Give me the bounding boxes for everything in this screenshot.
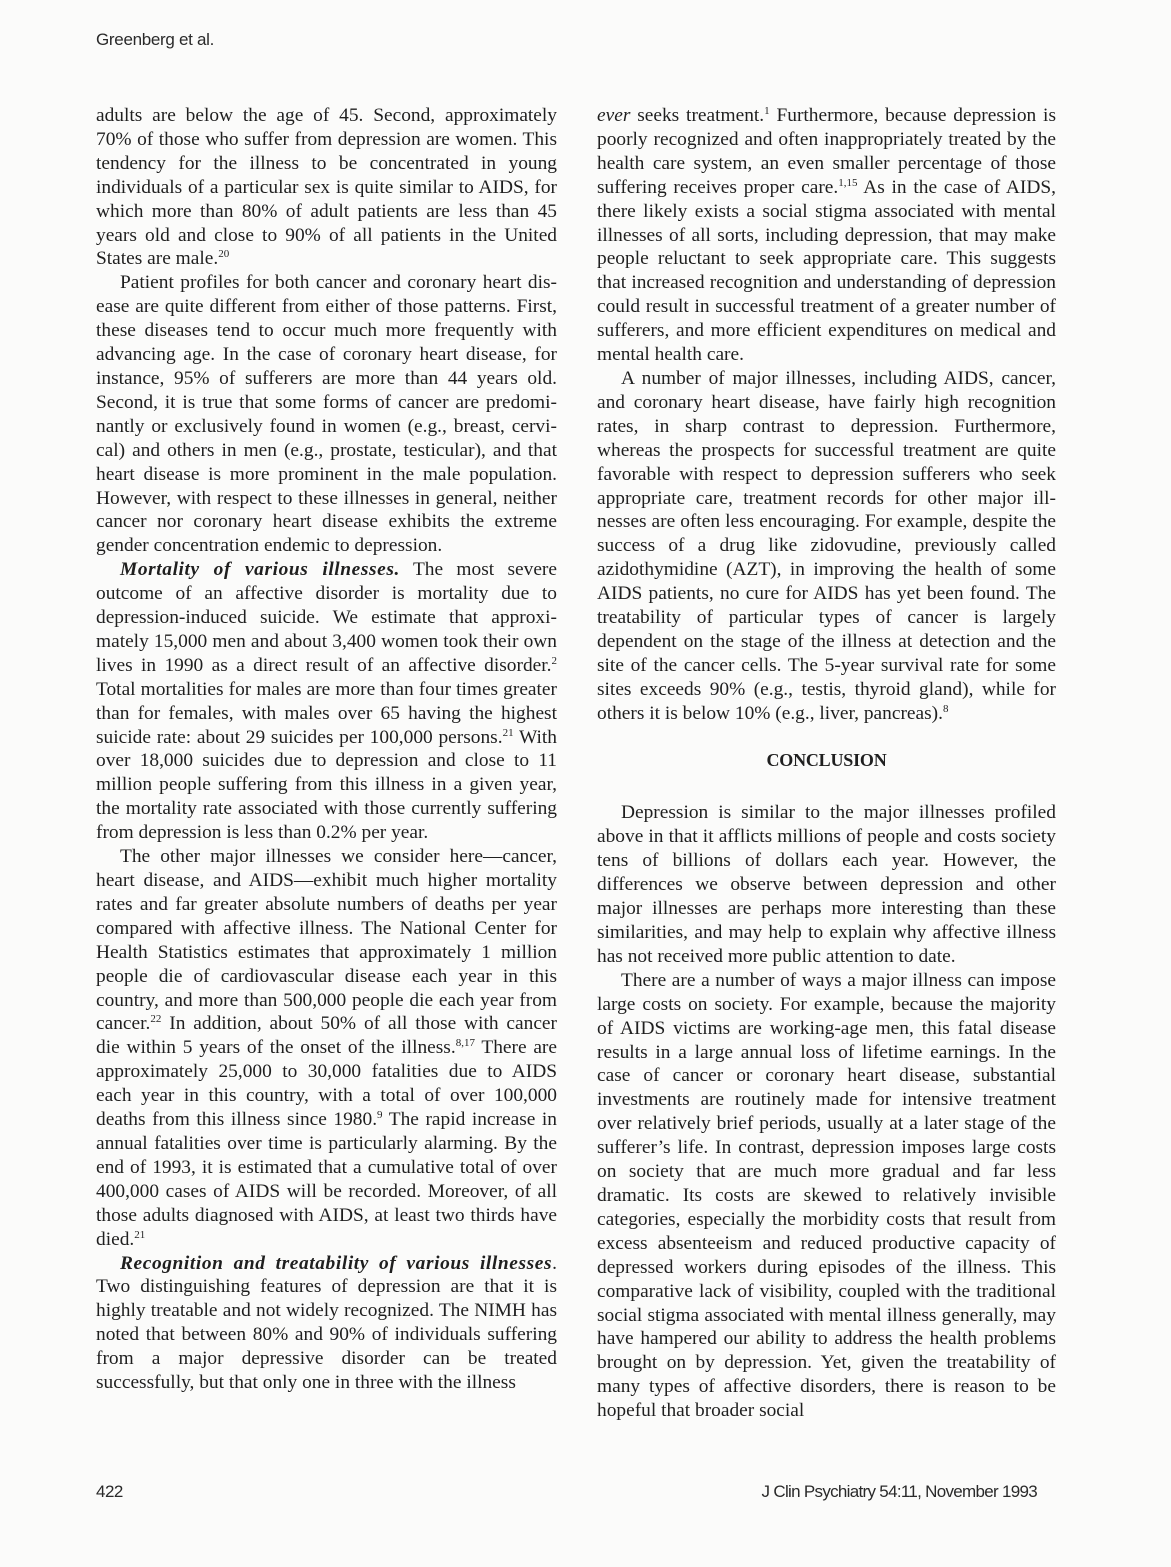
paragraph: A number of major illnesses, including A… xyxy=(597,367,1056,726)
paragraph-text: There are a number of ways a major illne… xyxy=(597,970,1056,1421)
journal-citation: J Clin Psychiatry 54:11, November 1993 xyxy=(762,1482,1037,1502)
subsection-heading-recognition: Recognition and treatability of various … xyxy=(120,1253,552,1274)
citation-ref: 8,17 xyxy=(456,1037,475,1049)
running-head: Greenberg et al. xyxy=(96,30,214,50)
paragraph-text: As in the case of AIDS, there likely exi… xyxy=(597,177,1056,365)
citation-ref: 2 xyxy=(552,655,558,667)
citation-ref: 21 xyxy=(503,727,514,739)
paragraph-text: Patient profiles for both cancer and cor… xyxy=(96,272,557,556)
paragraph-text: The rapid increase in annual fatalities … xyxy=(96,1109,557,1250)
paragraph-text: Total mortalities for males are more tha… xyxy=(96,679,557,748)
paragraph: There are a number of ways a major illne… xyxy=(597,969,1056,1423)
paragraph: Depression is similar to the major illne… xyxy=(597,801,1056,968)
paragraph: ever seeks treatment.1 Furthermore, beca… xyxy=(597,104,1056,367)
citation-ref: 8 xyxy=(943,703,949,715)
heading-period: . xyxy=(552,1253,557,1274)
citation-ref: 1,15 xyxy=(838,177,857,189)
paragraph-text: Two distinguishing features of depressio… xyxy=(96,1276,557,1393)
paragraph: adults are below the age of 45. Second, … xyxy=(96,104,557,271)
paragraph-text: A number of major illnesses, including A… xyxy=(597,368,1056,724)
paragraph: Mortality of various illnesses. The most… xyxy=(96,558,557,845)
paragraph-text: adults are below the age of 45. Second, … xyxy=(96,105,557,269)
citation-ref: 20 xyxy=(218,248,229,260)
left-column: adults are below the age of 45. Second, … xyxy=(96,104,557,1395)
paragraph-text: Depression is similar to the major illne… xyxy=(597,802,1056,966)
paragraph-text: The other major illnesses we consider he… xyxy=(96,846,557,1034)
paragraph: Patient profiles for both cancer and cor… xyxy=(96,271,557,558)
citation-ref: 22 xyxy=(150,1013,161,1025)
section-heading-conclusion: CONCLUSION xyxy=(597,749,1056,773)
page-number: 422 xyxy=(96,1482,123,1502)
paragraph-text: seeks treatment. xyxy=(630,105,764,126)
right-column: ever seeks treatment.1 Furthermore, beca… xyxy=(597,104,1056,1423)
paragraph: Recognition and treatability of various … xyxy=(96,1252,557,1395)
citation-ref: 21 xyxy=(134,1229,145,1241)
italic-emphasis: ever xyxy=(597,105,630,126)
subsection-heading-mortality: Mortality of various illnesses. xyxy=(120,559,400,580)
paragraph: The other major illnesses we consider he… xyxy=(96,845,557,1251)
